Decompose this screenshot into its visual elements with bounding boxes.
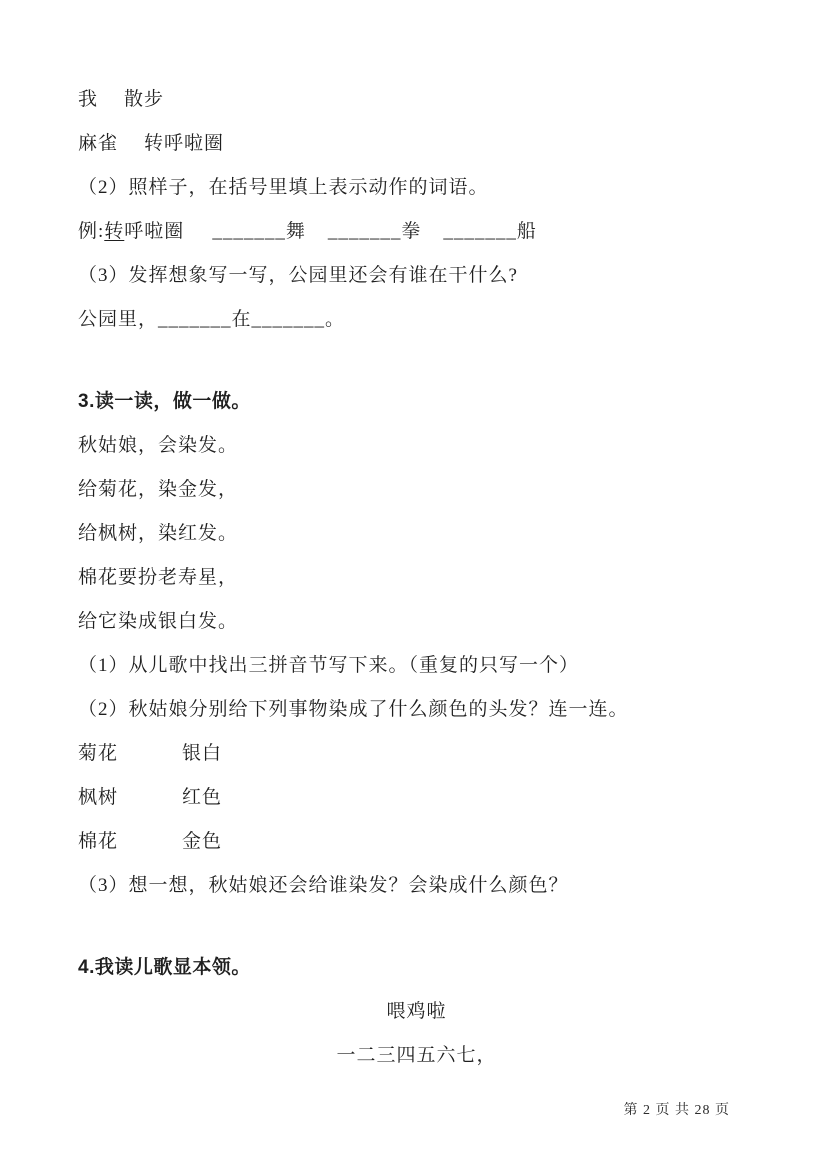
section-4-heading: 4.我读儿歌显本领。 xyxy=(78,946,755,990)
blank-line: _______ xyxy=(443,221,517,242)
poem-line-1: 秋姑娘，会染发。 xyxy=(78,424,755,468)
match-item: 棉花 xyxy=(78,820,182,864)
match-item: 枫树 xyxy=(78,776,182,820)
word-pair-right: 转呼啦圈 xyxy=(144,133,224,154)
section-3-heading: 3.读一读，做一做。 xyxy=(78,380,755,424)
poem-first-line: 一二三四五六七， xyxy=(78,1034,755,1078)
poem-title: 喂鸡啦 xyxy=(78,990,755,1034)
page-content: 我散步 麻雀转呼啦圈 （2）照样子，在括号里填上表示动作的词语。 例:转呼啦圈_… xyxy=(78,78,755,1078)
blank-line-spacer xyxy=(78,342,755,380)
poem-line-2: 给菊花，染金发， xyxy=(78,468,755,512)
match-row-1: 菊花银白 xyxy=(78,732,755,776)
poem-line-4: 棉花要扮老寿星， xyxy=(78,556,755,600)
question-3-2: （2）秋姑娘分别给下列事物染成了什么颜色的头发？连一连。 xyxy=(78,688,755,732)
fill-blank-sentence: 公园里，_______在_______。 xyxy=(78,298,755,342)
match-item: 菊花 xyxy=(78,732,182,776)
word-pair-row-2: 麻雀转呼啦圈 xyxy=(78,122,755,166)
page-number: 第 2 页 共 28 页 xyxy=(624,1099,731,1119)
question-2-3: （3）发挥想象写一写，公园里还会有谁在干什么? xyxy=(78,254,755,298)
example-suffix: 呼啦圈 xyxy=(124,221,184,242)
example-prefix: 例: xyxy=(78,221,104,242)
blank-line: _______ xyxy=(328,221,402,242)
blank-word: 拳 xyxy=(401,221,421,242)
blank-word: 船 xyxy=(517,221,537,242)
word-pair-left: 我 xyxy=(78,89,98,110)
word-pair-row-1: 我散步 xyxy=(78,78,755,122)
match-color: 红色 xyxy=(182,787,222,808)
poem-line-5: 给它染成银白发。 xyxy=(78,600,755,644)
poem-line-3: 给枫树，染红发。 xyxy=(78,512,755,556)
match-row-2: 枫树红色 xyxy=(78,776,755,820)
worksheet-page: 我散步 麻雀转呼啦圈 （2）照样子，在括号里填上表示动作的词语。 例:转呼啦圈_… xyxy=(0,0,827,1169)
blank-line-spacer xyxy=(78,908,755,946)
blank-word: 舞 xyxy=(286,221,306,242)
blank-line: _______ xyxy=(212,221,286,242)
question-2-2: （2）照样子，在括号里填上表示动作的词语。 xyxy=(78,166,755,210)
example-underlined-char: 转 xyxy=(104,221,124,242)
match-color: 银白 xyxy=(182,743,222,764)
match-row-3: 棉花金色 xyxy=(78,820,755,864)
word-pair-right: 散步 xyxy=(124,89,164,110)
question-3-1: （1）从儿歌中找出三拼音节写下来。（重复的只写一个） xyxy=(78,644,755,688)
match-color: 金色 xyxy=(182,831,222,852)
word-pair-left: 麻雀 xyxy=(78,133,118,154)
example-line: 例:转呼啦圈_______舞_______拳_______船 xyxy=(78,210,755,254)
question-3-3: （3）想一想，秋姑娘还会给谁染发？会染成什么颜色？ xyxy=(78,864,755,908)
